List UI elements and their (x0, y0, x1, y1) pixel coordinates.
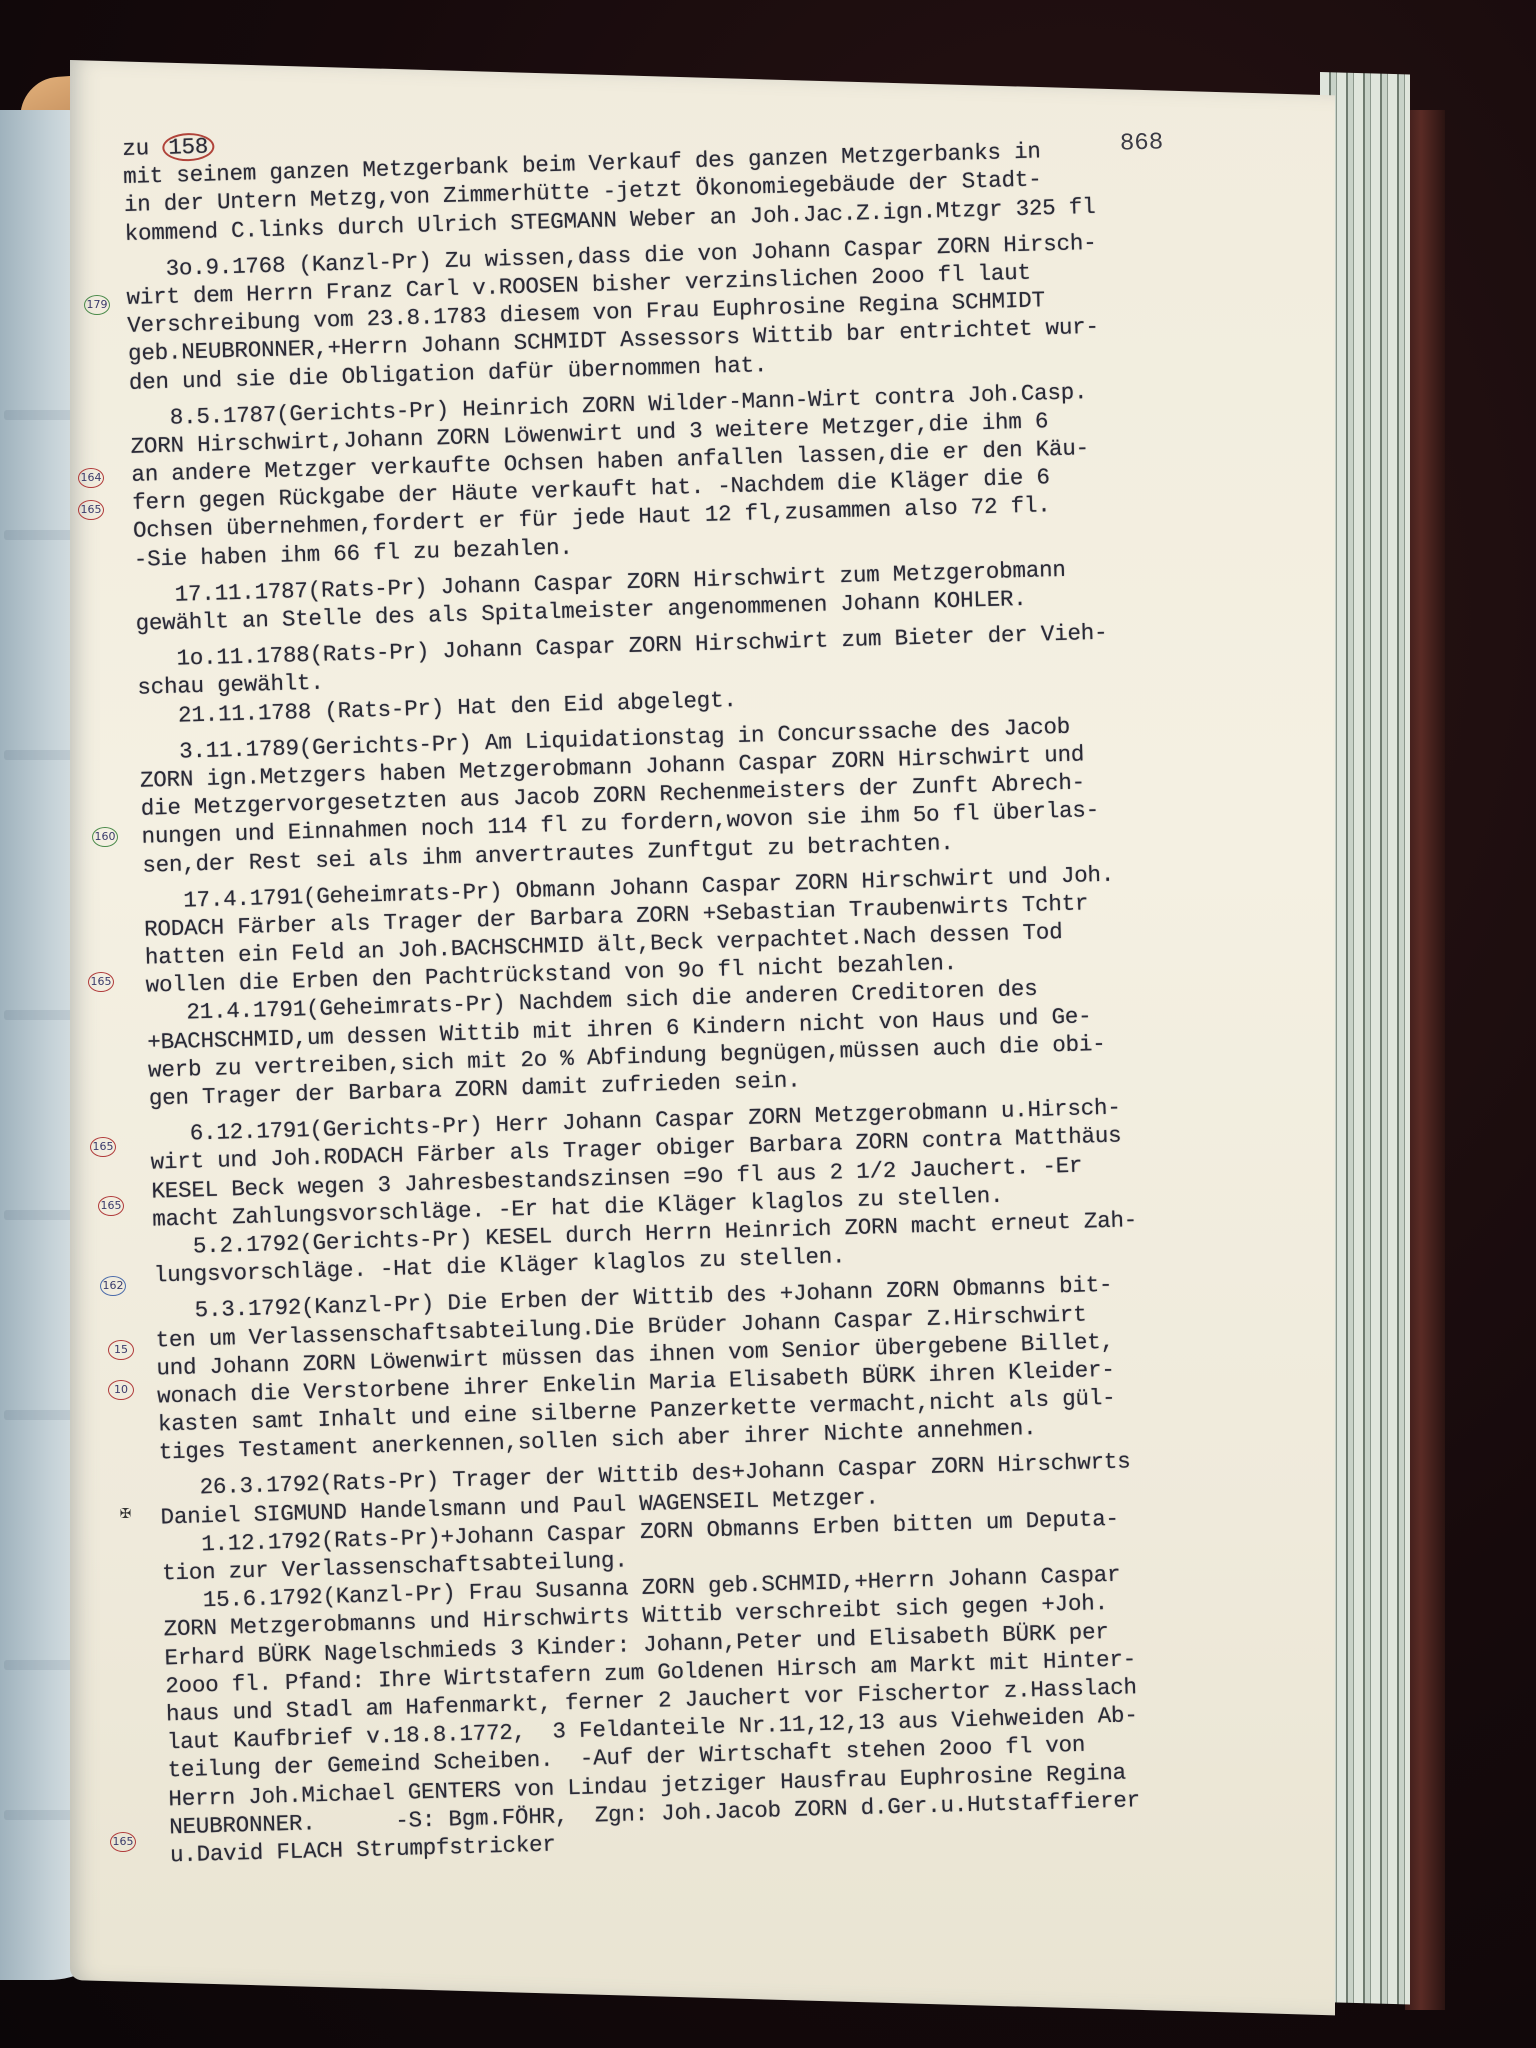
margin-note: 165 (98, 1196, 124, 1216)
margin-note: 165 (88, 972, 114, 992)
margin-note: 160 (92, 827, 118, 847)
margin-note: 179 (84, 295, 110, 315)
cross-mark: ✠ (120, 1502, 131, 1524)
reference-circle: 158 (162, 132, 215, 161)
margin-note: 165 (78, 500, 104, 520)
margin-note: 15 (108, 1340, 134, 1360)
typed-text: zu 158mit seinem ganzen Metzgerbank beim… (122, 101, 1370, 1869)
margin-note: 165 (90, 1137, 116, 1157)
margin-note: 162 (100, 1276, 126, 1296)
margin-note: 164 (78, 468, 104, 488)
margin-note: 165 (110, 1832, 136, 1852)
margin-note: 10 (108, 1380, 134, 1400)
book-cover (1405, 110, 1445, 2010)
